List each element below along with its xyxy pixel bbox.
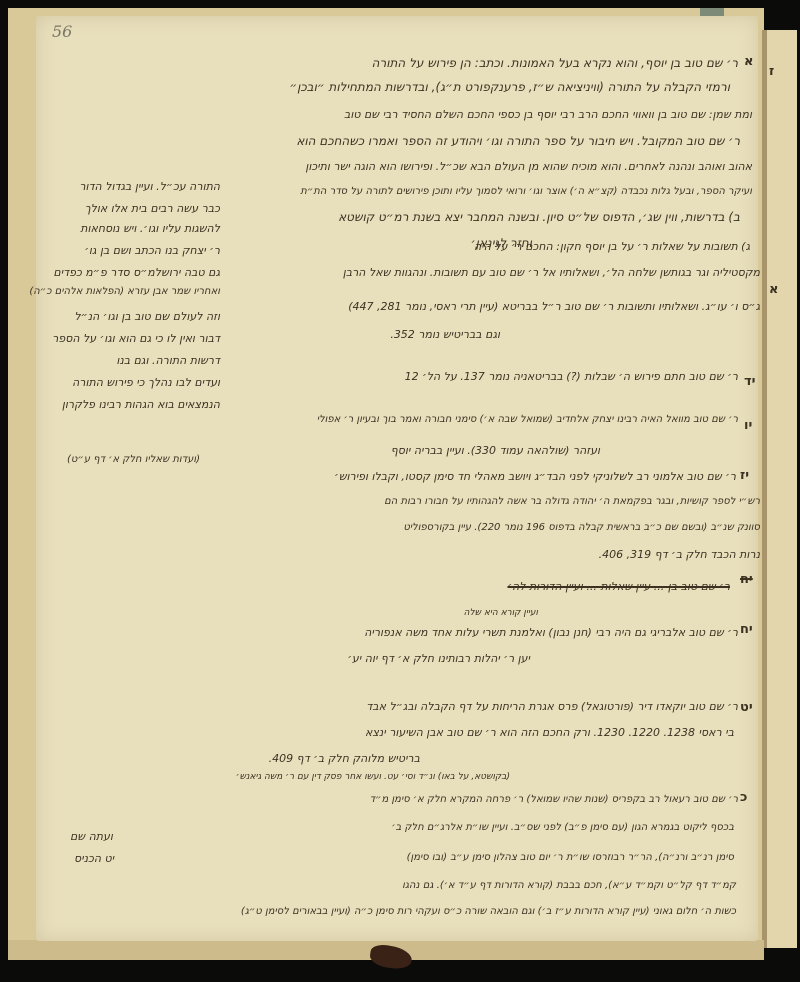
margin-note: דבור ואין לו כי גם הוא וגו׳ על הספר [52, 332, 220, 345]
text-line: רש״י לספר קושיות, ובגר בפקמאת ה׳ יהודה ג… [384, 496, 760, 507]
text-line: (ועדות שאליו חלק א׳ דף ע״ט) [67, 454, 200, 465]
entry-marker: יו [744, 418, 752, 433]
text-line: ר׳ שם טוב מוואל האיה רבינו יצחק אלחדיב (… [317, 414, 738, 425]
text-line: וגם בבריטיש נומר 352. [390, 328, 500, 341]
margin-note: דרשות התורה. וגם בנו [116, 354, 220, 367]
text-line: ב) בדרשות, ווין שג׳, הדפוס של״ט סיון. וב… [338, 210, 740, 224]
text-line: בכסף ליקוט בגמרא הגון (עם סימן פ״ב) לפני… [391, 822, 734, 833]
entry-marker: יט [740, 700, 753, 715]
text-line: ועזהר (שולהאה עמוד 330). ועיין בבריה יוס… [391, 444, 600, 457]
margin-note: ועדים לבו נהלך כי פירוש התורה [72, 376, 220, 389]
text-line: סוונק שנ״ב (ובשם שם כ״ב בראשית קבלה בדפו… [403, 522, 760, 533]
interlinear-note: ועיין קורא היא שלה [464, 608, 538, 618]
interlinear-note: (בקושטא, על באו) ונ״ד וסי׳ עט. ועשו אחר … [236, 772, 510, 782]
text-line: ר׳ שם טוב בן יוסף, והוא נקרא בעל האמונות… [372, 56, 738, 70]
text-line: ועיקר הספר, ובעל גלות נכבדה (קצ״א ה׳) או… [300, 186, 752, 197]
struck-text-line: ר׳ שם טוב בן ... עיין שאלות ... ועיין הד… [507, 580, 730, 593]
text-line: נרות הכבד חלק ב׳ דף 319, 406. [599, 548, 760, 561]
text-line: ר׳ שם טוב חתם פירוש ה׳ שבלות (?) בבריטאנ… [405, 370, 738, 383]
text-line: ר׳ שם טוב יוקאדו דיר (פורטוגאל) פרס אגרת… [366, 700, 738, 713]
margin-note: הנמצאים בוא הגהות רבינו פלקרון [62, 398, 220, 411]
text-line: קמ״ד דף קל״ט וקמ״ד ע״א), חכם בבבת (קורא … [402, 880, 736, 891]
margin-note: התורה עכ״ל. ועיין בגדול הדור [79, 180, 220, 193]
text-line: ג) תשובות על שאלות ר׳ על בן יוסף חקון: ה… [474, 240, 750, 253]
margin-note: להשגות עליו וגו׳. ויש נוסחאות [80, 222, 220, 235]
text-line: ג״ס ו׳ עו״ג. ושאלותיו ותשובות ר׳ שם טוב … [348, 300, 760, 313]
entry-marker: יז [740, 468, 749, 483]
entry-marker: יח [740, 622, 753, 637]
margin-note: ר׳ יצחק בנו הכתב ושם בן גו׳ [84, 244, 220, 257]
right-margin-mark: ז [769, 64, 774, 79]
text-line: ר׳ שם טוב המקובל. ויש חיבור על ספר התורה… [296, 134, 740, 148]
entry-marker: יד [744, 374, 755, 389]
right-margin-mark: א [769, 282, 778, 297]
entry-marker: כ [740, 790, 747, 805]
entry-marker: יח [740, 572, 753, 587]
text-line: בי ראסי 1238. 1220. 1230. ורק החכם הזה ה… [365, 726, 734, 739]
text-line: יען ר׳ יהלות רבותינו חלק א׳ דף יוה יע׳ [347, 652, 530, 665]
text-line: אהוב ואוהב ונהנה לאחרים. והוא מוכיח שהוא… [305, 160, 752, 173]
text-line: בריטיש מלוהק חלק ב׳ דף 409. [269, 752, 420, 765]
text-line: ומת שמן: שם טוב בן וואווי החכם הרב רבי י… [344, 108, 752, 121]
text-line: ר׳ שם טוב רעאול רב בקפריס (שנות שהיו שמו… [370, 794, 738, 805]
text-line: סימן רנ״ב ורנ״ה), הר״ר רבוזרסו שו״ת ר׳ י… [407, 852, 734, 863]
entry-marker: א [744, 54, 753, 69]
text-line: ר׳ שם טוב אלמוני רב לשלוניקי לפני הבד״ג … [334, 470, 736, 483]
page-number: 56 [52, 22, 72, 41]
text-line: מקסטיליה וגר בגותשן שלחה הל׳, ושאלותיו א… [343, 266, 760, 279]
text-line: כשות ה׳ חלום גאוני (עיין קורא הדורות ע״ז… [241, 906, 736, 917]
margin-note: ואחריו שמר אבן עזרא (הפלאות אלהים כ״ה) [29, 286, 220, 297]
text-line: ר׳ שם טוב אלבריגי גם היה רבי (חנן נבון) … [364, 626, 738, 639]
margin-note: כבר עשה רבים בית אלו אולך [85, 202, 220, 215]
text-line: ורמזי הקבלה על התורה (וויניציאה ש״ז, פרע… [289, 80, 730, 94]
margin-note: וזה לעולם שם טוב בן וגו׳ הנ״ל [74, 310, 220, 323]
margin-note: גם טבה ירושלמ״ס סדר פ״מ כפדים [53, 266, 220, 279]
adjacent-page-edge: ז א [762, 30, 797, 948]
